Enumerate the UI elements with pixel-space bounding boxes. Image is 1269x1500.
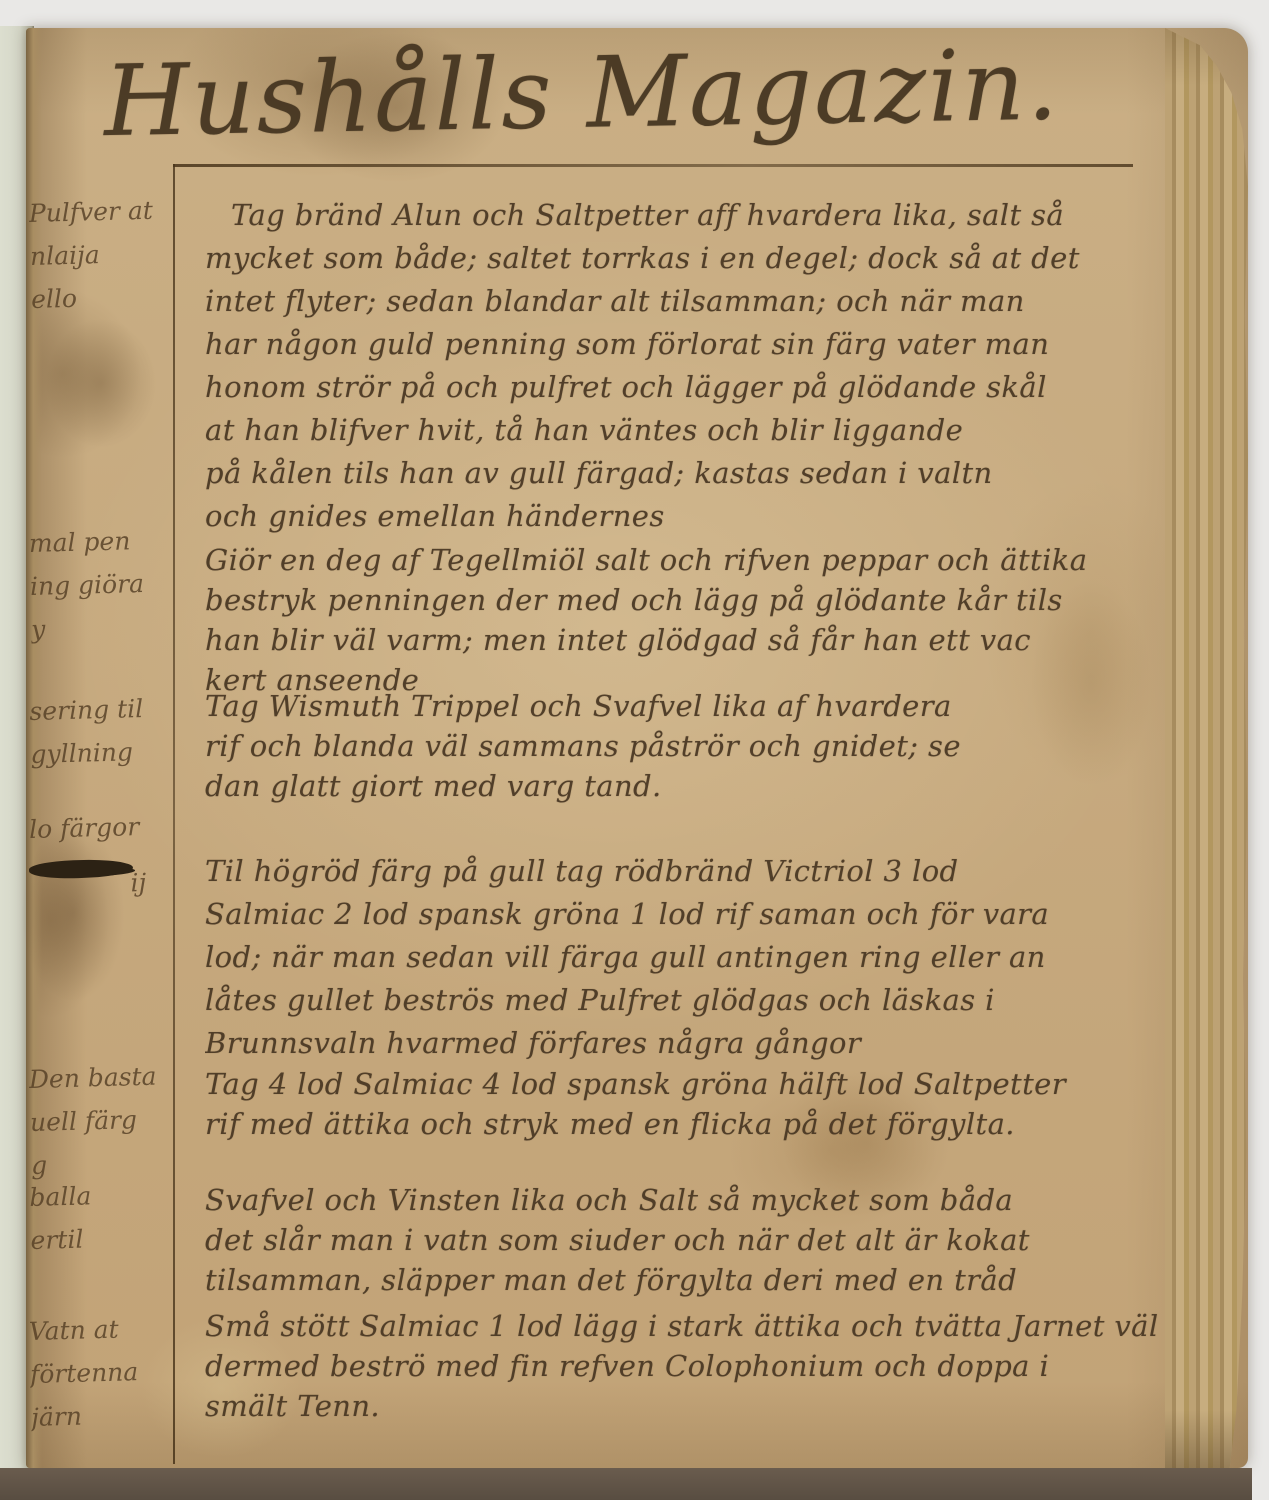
margin-note-line: Vatn at — [28, 1306, 179, 1353]
text-line: låtes gullet beströs med Pulfret glödgas… — [205, 979, 1180, 1022]
text-line: har någon guld penning som förlorat sin … — [205, 323, 1180, 366]
margin-note-line: gyllning — [30, 729, 181, 776]
margin-note-line: järn — [31, 1392, 182, 1439]
text-line: Giör en deg af Tegellmiöl salt och rifve… — [205, 540, 1180, 580]
margin-note-line: ij — [30, 847, 182, 921]
table-surface — [0, 1468, 1252, 1500]
margin-note-line: y — [31, 604, 182, 651]
text-line: på kålen tils han av gull färgad; kastas… — [205, 452, 1180, 495]
margin-note-line: Den basta — [28, 1054, 179, 1101]
margin-note-line: sering til — [29, 686, 180, 733]
text-line: det slår man i vatn som siuder och när d… — [205, 1220, 1180, 1260]
paper-stain — [41, 313, 161, 453]
text-line: rif med ättika och stryk med en flicka p… — [205, 1104, 1180, 1144]
text-line: dermed beströ med fin refven Colophonium… — [205, 1346, 1180, 1386]
text-line: Salmiac 2 lod spansk gröna 1 lod rif sam… — [205, 893, 1180, 936]
margin-note-line: balla — [29, 1172, 180, 1219]
text-line: Svafvel och Vinsten lika och Salt så myc… — [205, 1180, 1180, 1220]
title-rule-line — [173, 164, 1133, 167]
text-line: han blir väl varm; men intet glödgad så … — [205, 620, 1180, 660]
text-line: rif och blanda väl sammans påströr och g… — [205, 726, 1180, 766]
margin-note-line: mal pen — [28, 518, 179, 565]
text-line: mycket som både; saltet torrkas i en deg… — [205, 237, 1180, 280]
body-paragraph: Tag bränd Alun och Saltpetter aff hvarde… — [205, 194, 1180, 538]
text-line: Tag 4 lod Salmiac 4 lod spansk gröna häl… — [205, 1064, 1180, 1104]
text-line: honom strör på och pulfret och lägger på… — [205, 366, 1180, 409]
margin-note: mal pen ing giöra y — [28, 518, 181, 651]
body-paragraph: Svafvel och Vinsten lika och Salt så myc… — [205, 1180, 1180, 1300]
margin-note-line: förtenna — [29, 1349, 180, 1396]
body-paragraph: Tag Wismuth Trippel och Svafvel lika af … — [205, 686, 1180, 806]
margin-note-line: ello — [31, 274, 182, 321]
margin-note: Den basta uell färg g — [28, 1054, 181, 1187]
body-paragraph: Giör en deg af Tegellmiöl salt och rifve… — [205, 540, 1180, 700]
text-line: Små stött Salmiac 1 lod lägg i stark ätt… — [205, 1306, 1180, 1346]
manuscript-scan: Hushålls Magazin. Pulfver at nlaija ello… — [0, 0, 1269, 1500]
text-line: Til högröd färg på gull tag rödbränd Vic… — [205, 850, 1180, 893]
margin-note: Pulfver at nlaija ello — [28, 188, 181, 321]
body-paragraph: Tag 4 lod Salmiac 4 lod spansk gröna häl… — [205, 1064, 1180, 1144]
margin-note-line: lo färgor — [29, 804, 180, 851]
text-line: lod; när man sedan vill färga gull antin… — [205, 936, 1180, 979]
book-fore-edge — [1165, 28, 1248, 1468]
margin-note: sering til gyllning — [29, 686, 181, 776]
margin-note: Vatn at förtenna järn — [28, 1306, 181, 1439]
margin-note-line: uell färg — [29, 1097, 180, 1144]
manuscript-page: Hushålls Magazin. Pulfver at nlaija ello… — [26, 28, 1248, 1468]
body-paragraph: Små stött Salmiac 1 lod lägg i stark ätt… — [205, 1306, 1180, 1426]
margin-note-line: Pulfver at — [28, 188, 179, 235]
text-line: Tag bränd Alun och Saltpetter aff hvarde… — [205, 194, 1180, 237]
text-line: at han blifver hvit, tå han väntes och b… — [205, 409, 1180, 452]
page-title: Hushålls Magazin. — [103, 27, 1155, 159]
body-paragraph: Til högröd färg på gull tag rödbränd Vic… — [205, 850, 1180, 1065]
text-line: smält Tenn. — [205, 1386, 1180, 1426]
text-line: Brunnsvaln hvarmed förfares några gångor — [205, 1022, 1180, 1065]
text-line: dan glatt giort med varg tand. — [205, 766, 1180, 806]
margin-note-line: nlaija — [29, 231, 180, 278]
text-line: och gnides emellan händernes — [205, 495, 1180, 538]
text-line: tilsamman, släpper man det förgylta deri… — [205, 1260, 1180, 1300]
text-line: bestryk penningen der med och lägg på gl… — [205, 580, 1180, 620]
margin-note: balla ertil — [29, 1172, 181, 1262]
margin-note-line: ertil — [30, 1215, 181, 1262]
text-line: intet flyter; sedan blandar alt tilsamma… — [205, 280, 1180, 323]
text-line: Tag Wismuth Trippel och Svafvel lika af … — [205, 686, 1180, 726]
margin-note-line: ing giöra — [29, 561, 180, 608]
